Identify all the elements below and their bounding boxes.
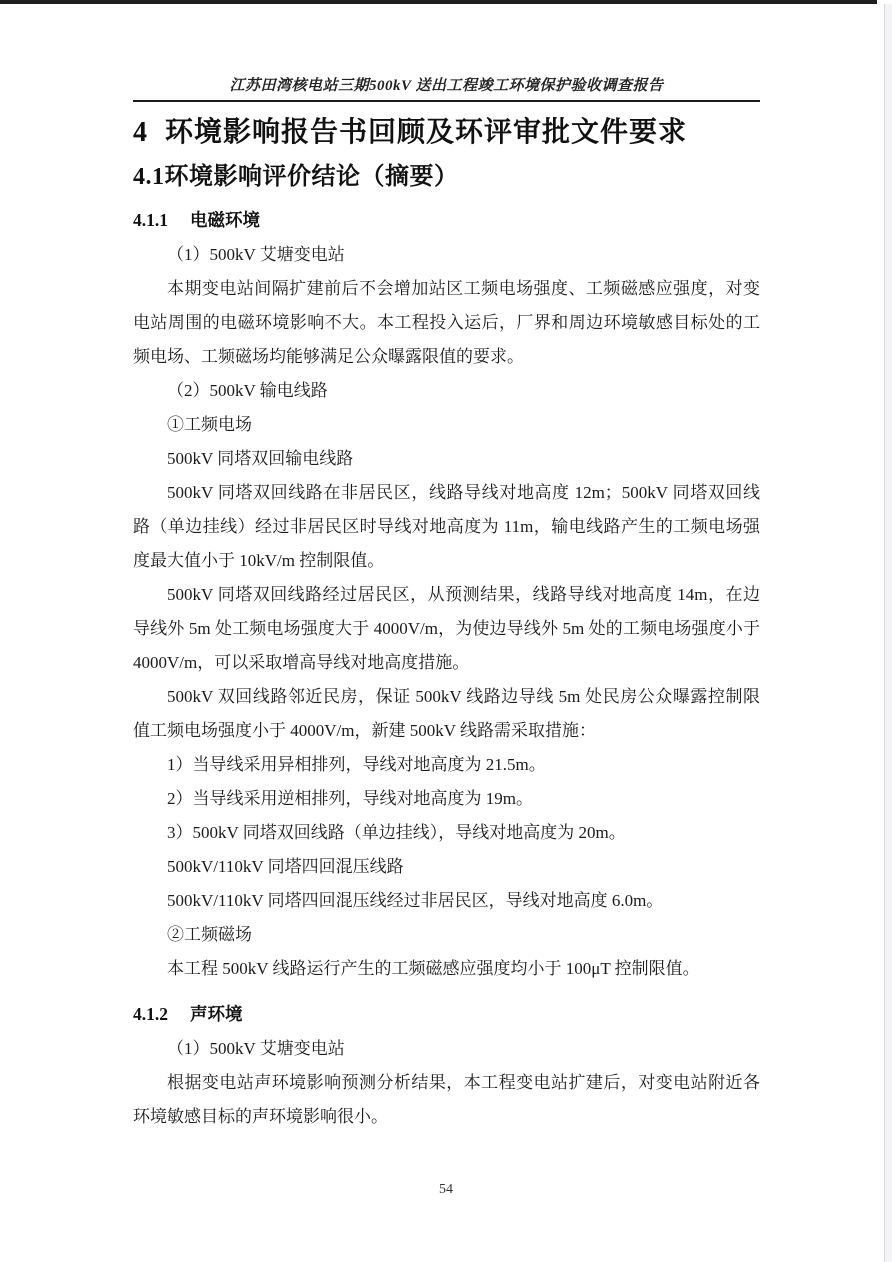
paragraph-9: 1）当导线采用异相排列，导线对地高度为 21.5m。 <box>133 748 760 782</box>
document-page: 江苏田湾核电站三期500kV 送出工程竣工环境保护验收调查报告 4环境影响报告书… <box>0 0 892 1262</box>
paragraph-8: 500kV 双回线路邻近民房，保证 500kV 线路边导线 5m 处民房公众曝露… <box>133 680 760 748</box>
paragraph-3: （2）500kV 输电线路 <box>133 374 760 408</box>
paragraph-11: 3）500kV 同塔双回线路（单边挂线），导线对地高度为 20m。 <box>133 816 760 850</box>
paragraph-15: 本工程 500kV 线路运行产生的工频磁感应强度均小于 100μT 控制限值。 <box>133 952 760 986</box>
paragraph-10: 2）当导线采用逆相排列，导线对地高度为 19m。 <box>133 782 760 816</box>
paragraph-14: ②工频磁场 <box>133 918 760 952</box>
page-number: 54 <box>0 1182 892 1198</box>
subsection-heading-411: 4.1.1电磁环境 <box>133 209 760 232</box>
subsection-412-title: 声环境 <box>190 1004 243 1024</box>
subsection-411-title: 电磁环境 <box>190 210 260 230</box>
chapter-number: 4 <box>133 117 148 148</box>
paragraph-7: 500kV 同塔双回线路经过居民区，从预测结果，线路导线对地高度 14m，在边导… <box>133 578 760 680</box>
subsection-412-number: 4.1.2 <box>133 1004 168 1024</box>
running-header: 江苏田湾核电站三期500kV 送出工程竣工环境保护验收调查报告 <box>133 0 760 95</box>
chapter-title: 环境影响报告书回顾及环评审批文件要求 <box>165 117 687 148</box>
paragraph-6: 500kV 同塔双回线路在非居民区，线路导线对地高度 12m；500kV 同塔双… <box>133 476 760 578</box>
page-content: 江苏田湾核电站三期500kV 送出工程竣工环境保护验收调查报告 4环境影响报告书… <box>133 0 760 1134</box>
paragraph-13: 500kV/110kV 同塔四回混压线经过非居民区，导线对地高度 6.0m。 <box>133 884 760 918</box>
paragraph-5: 500kV 同塔双回输电线路 <box>133 442 760 476</box>
paragraph-12: 500kV/110kV 同塔四回混压线路 <box>133 850 760 884</box>
paragraph-2: 本期变电站间隔扩建前后不会增加站区工频电场强度、工频磁感应强度，对变电站周围的电… <box>133 272 760 374</box>
scan-edge-right <box>884 4 892 1262</box>
header-rule <box>133 100 760 102</box>
paragraph-1: （1）500kV 艾塘变电站 <box>133 238 760 272</box>
paragraph-4: ①工频电场 <box>133 408 760 442</box>
section-heading: 4.1环境影响评价结论（摘要） <box>133 162 760 192</box>
paragraph-17: 根据变电站声环境影响预测分析结果，本工程变电站扩建后，对变电站附近各环境敏感目标… <box>133 1066 760 1134</box>
paragraph-16: （1）500kV 艾塘变电站 <box>133 1032 760 1066</box>
subsection-411-number: 4.1.1 <box>133 210 168 230</box>
chapter-heading: 4环境影响报告书回顾及环评审批文件要求 <box>133 115 760 150</box>
subsection-heading-412: 4.1.2声环境 <box>133 1003 760 1026</box>
